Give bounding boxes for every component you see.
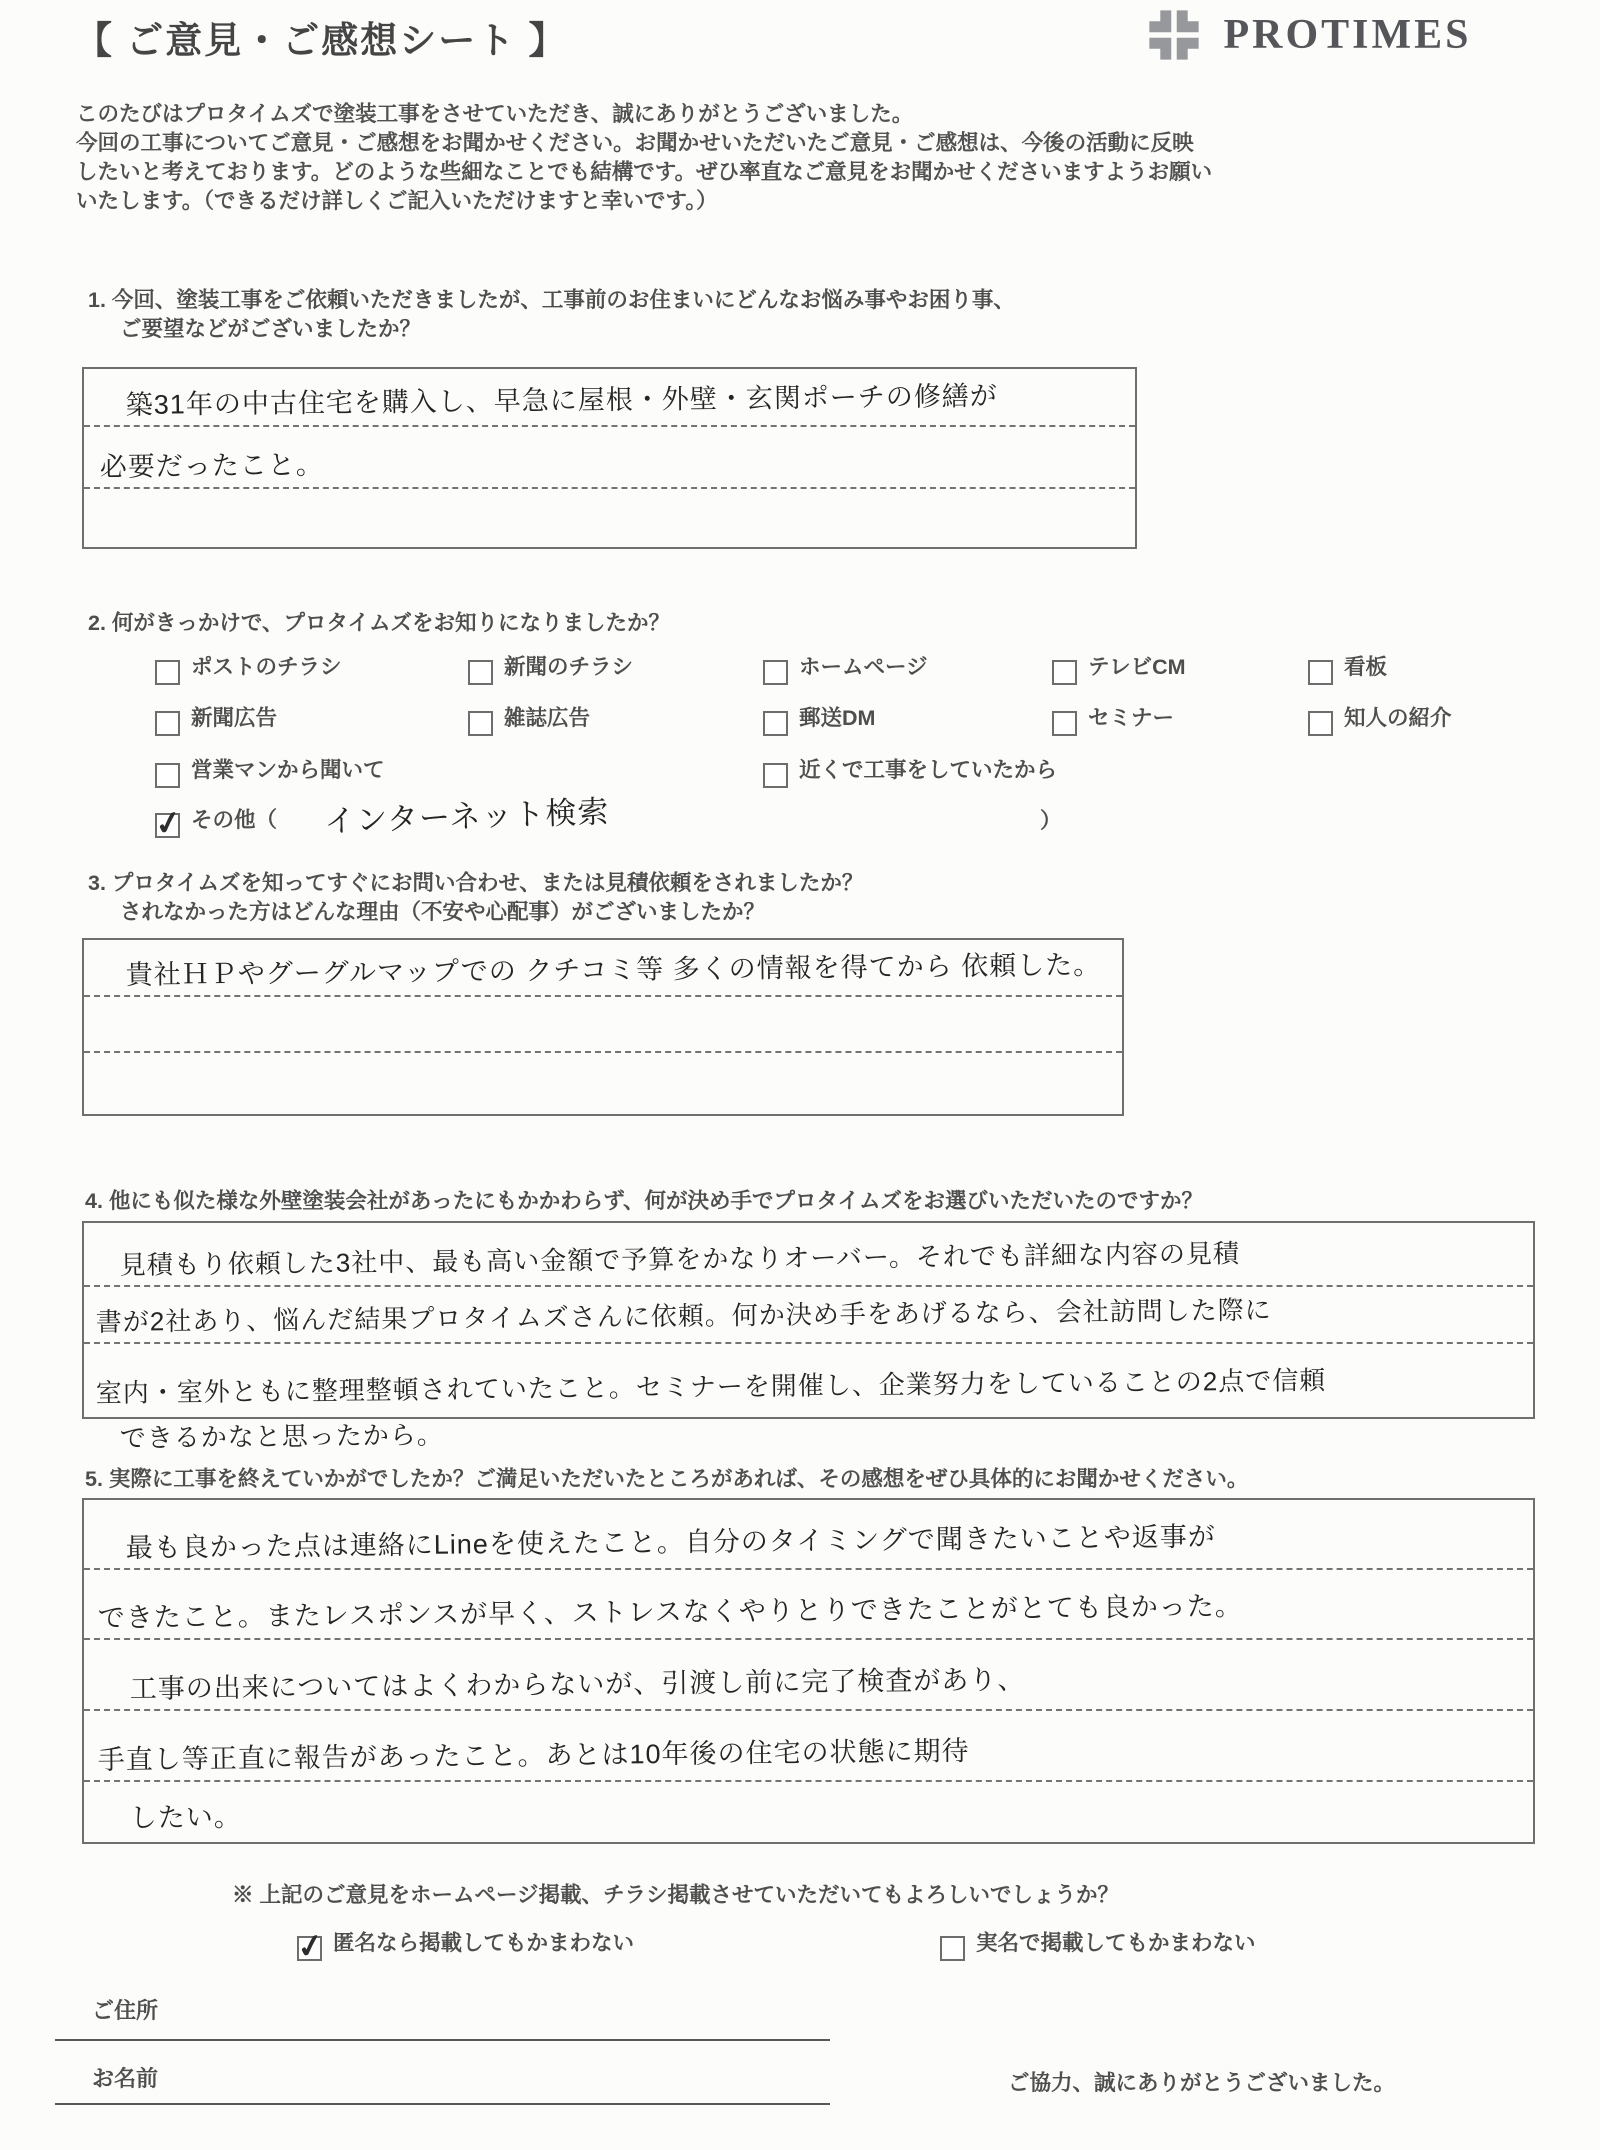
- option-newspaper-flyer[interactable]: 新聞のチラシ: [468, 650, 633, 685]
- other-close-paren: ）: [1040, 804, 1062, 835]
- thanks-text: ご協力、誠にありがとうございました。: [1008, 2066, 1395, 2097]
- checkbox-icon[interactable]: [297, 1936, 322, 1961]
- answer-box-3[interactable]: 貴社ＨＰやグーグルマップでの クチコミ等 多くの情報を得てから 依頼した。: [82, 938, 1124, 1116]
- answer-row: 貴社ＨＰやグーグルマップでの クチコミ等 多くの情報を得てから 依頼した。: [84, 940, 1122, 997]
- option-seminar[interactable]: セミナー: [1052, 701, 1174, 736]
- option-newspaper-ad[interactable]: 新聞広告: [155, 701, 277, 736]
- option-referral[interactable]: 知人の紹介: [1308, 701, 1452, 736]
- handwritten-answer-overflow: できるかなと思ったから。: [120, 1415, 444, 1455]
- checkbox-icon[interactable]: [155, 660, 180, 685]
- answer-row: 築31年の中古住宅を購入し、早急に屋根・外壁・玄関ポーチの修繕が: [84, 369, 1135, 427]
- consent-anonymous[interactable]: 匿名なら掲載してもかまわない: [297, 1926, 634, 1961]
- protimes-logo-icon: [1143, 4, 1205, 66]
- question-2: 2. 何がきっかけで、プロタイムズをお知りになりましたか？: [88, 606, 670, 637]
- checkbox-icon[interactable]: [155, 711, 180, 736]
- checkbox-icon[interactable]: [1052, 711, 1077, 736]
- answer-row: 見積もり依頼した3社中、最も高い金額で予算をかなりオーバー。それでも詳細な内容の…: [84, 1223, 1533, 1287]
- protimes-logo: PROTIMES: [1143, 4, 1471, 66]
- answer-row: [84, 997, 1122, 1053]
- option-other[interactable]: その他（: [155, 803, 277, 838]
- question-1-line1: 1. 今回、塗装工事をご依頼いただきましたが、工事前のお住まいにどんなお悩み事や…: [88, 283, 1015, 314]
- address-input-line[interactable]: [55, 2039, 830, 2041]
- feedback-sheet: 【 ご意見・ご感想シート 】 PROTIMES このたびはプロタイムズで塗装工事…: [0, 0, 1600, 2150]
- handwritten-answer: 貴社ＨＰやグーグルマップでの クチコミ等 多くの情報を得てから 依頼した。: [126, 943, 1102, 992]
- publish-note: ※ 上記のご意見をホームページ掲載、チラシ掲載させていただいてもよろしいでしょう…: [232, 1878, 1119, 1909]
- option-tv-cm[interactable]: テレビCM: [1052, 650, 1186, 685]
- intro-line: いたします。（できるだけ詳しくご記入いただけますと幸いです。）: [76, 187, 718, 216]
- checkbox-icon[interactable]: [1308, 660, 1333, 685]
- intro-line: したいと考えております。どのような些細なことでも結構です。ぜひ率直なご意見をお聞…: [76, 158, 1212, 187]
- answer-box-1[interactable]: 築31年の中古住宅を購入し、早急に屋根・外壁・玄関ポーチの修繕が 必要だったこと…: [82, 367, 1137, 549]
- answer-row: したい。: [84, 1782, 1533, 1842]
- checkbox-icon[interactable]: [468, 711, 493, 736]
- answer-row: [84, 1053, 1122, 1114]
- intro-line: 今回の工事についてご意見・ご感想をお聞かせください。お聞かせいただいたご意見・ご…: [76, 129, 1194, 158]
- intro-line: このたびはプロタイムズで塗装工事をさせていただき、誠にありがとうございました。: [76, 100, 913, 129]
- handwritten-answer: できたこと。またレスポンスが早く、ストレスなくやりとりできたことがとても良かった…: [98, 1584, 1243, 1635]
- checkbox-icon[interactable]: [155, 813, 180, 838]
- question-5: 5. 実際に工事を終えていかがでしたか？ご満足いただいたところがあれば、その感想…: [85, 1462, 1248, 1493]
- option-signboard[interactable]: 看板: [1308, 650, 1387, 685]
- question-1-line2: ご要望などがございましたか？: [120, 312, 421, 343]
- option-magazine-ad[interactable]: 雑誌広告: [468, 701, 590, 736]
- handwritten-answer: したい。: [130, 1795, 242, 1835]
- checkbox-icon[interactable]: [940, 1936, 965, 1961]
- checkbox-icon[interactable]: [1308, 711, 1333, 736]
- checkbox-icon[interactable]: [468, 660, 493, 685]
- question-3-line1: 3. プロタイムズを知ってすぐにお問い合わせ、または見積依頼をされましたか？: [88, 866, 863, 897]
- option-post-flyer[interactable]: ポストのチラシ: [155, 650, 342, 685]
- answer-box-4[interactable]: 見積もり依頼した3社中、最も高い金額で予算をかなりオーバー。それでも詳細な内容の…: [82, 1221, 1535, 1419]
- page-title: 【 ご意見・ご感想シート 】: [75, 10, 568, 64]
- name-label: お名前: [92, 2062, 158, 2093]
- handwritten-answer: 手直し等正直に報告があったこと。あとは10年後の住宅の状態に期待: [98, 1729, 970, 1777]
- handwritten-answer: 室内・室外ともに整理整頓されていたこと。セミナーを開催し、企業努力をしていること…: [96, 1360, 1327, 1410]
- answer-row: [84, 489, 1135, 547]
- question-3-line2: されなかった方はどんな理由（不安や心配事）がございましたか？: [120, 895, 765, 926]
- checkbox-icon[interactable]: [763, 660, 788, 685]
- option-nearby-work[interactable]: 近くで工事をしていたから: [763, 753, 1057, 788]
- handwritten-answer: 工事の出来についてはよくわからないが、引渡し前に完了検査があり、: [130, 1658, 1026, 1706]
- option-salesman[interactable]: 営業マンから聞いて: [155, 753, 385, 788]
- answer-row: 必要だったこと。: [84, 427, 1135, 489]
- answer-row: 書が2社あり、悩んだ結果プロタイムズさんに依頼。何か決め手をあげるなら、会社訪問…: [84, 1287, 1533, 1344]
- answer-row: できたこと。またレスポンスが早く、ストレスなくやりとりできたことがとても良かった…: [84, 1570, 1533, 1640]
- checkbox-icon[interactable]: [763, 711, 788, 736]
- handwritten-answer: 最も良かった点は連絡にLineを使えたこと。自分のタイミングで聞きたいことや返事…: [126, 1515, 1216, 1565]
- handwritten-answer: 見積もり依頼した3社中、最も高い金額で予算をかなりオーバー。それでも詳細な内容の…: [120, 1233, 1240, 1282]
- option-direct-mail[interactable]: 郵送DM: [763, 701, 875, 736]
- answer-row: 工事の出来についてはよくわからないが、引渡し前に完了検査があり、: [84, 1640, 1533, 1711]
- handwritten-answer: 築31年の中古住宅を購入し、早急に屋根・外壁・玄関ポーチの修繕が: [126, 374, 998, 422]
- checkbox-icon[interactable]: [1052, 660, 1077, 685]
- brand-name: PROTIMES: [1223, 12, 1471, 58]
- answer-row: 最も良かった点は連絡にLineを使えたこと。自分のタイミングで聞きたいことや返事…: [84, 1500, 1533, 1570]
- address-label: ご住所: [92, 1994, 158, 2025]
- answer-row: 室内・室外ともに整理整頓されていたこと。セミナーを開催し、企業努力をしていること…: [84, 1344, 1533, 1417]
- checkbox-icon[interactable]: [763, 763, 788, 788]
- other-handwritten-value: インターネット検索: [323, 786, 610, 841]
- handwritten-answer: 必要だったこと。: [100, 443, 324, 484]
- answer-row: 手直し等正直に報告があったこと。あとは10年後の住宅の状態に期待: [84, 1711, 1533, 1782]
- checkbox-icon[interactable]: [155, 763, 180, 788]
- option-homepage[interactable]: ホームページ: [763, 650, 928, 685]
- question-4: 4. 他にも似た様な外壁塗装会社があったにもかかわらず、何が決め手でプロタイムズ…: [85, 1184, 1203, 1215]
- consent-realname[interactable]: 実名で掲載してもかまわない: [940, 1926, 1256, 1961]
- answer-box-5[interactable]: 最も良かった点は連絡にLineを使えたこと。自分のタイミングで聞きたいことや返事…: [82, 1498, 1535, 1844]
- handwritten-answer: 書が2社あり、悩んだ結果プロタイムズさんに依頼。何か決め手をあげるなら、会社訪問…: [96, 1290, 1272, 1339]
- name-input-line[interactable]: [55, 2103, 830, 2105]
